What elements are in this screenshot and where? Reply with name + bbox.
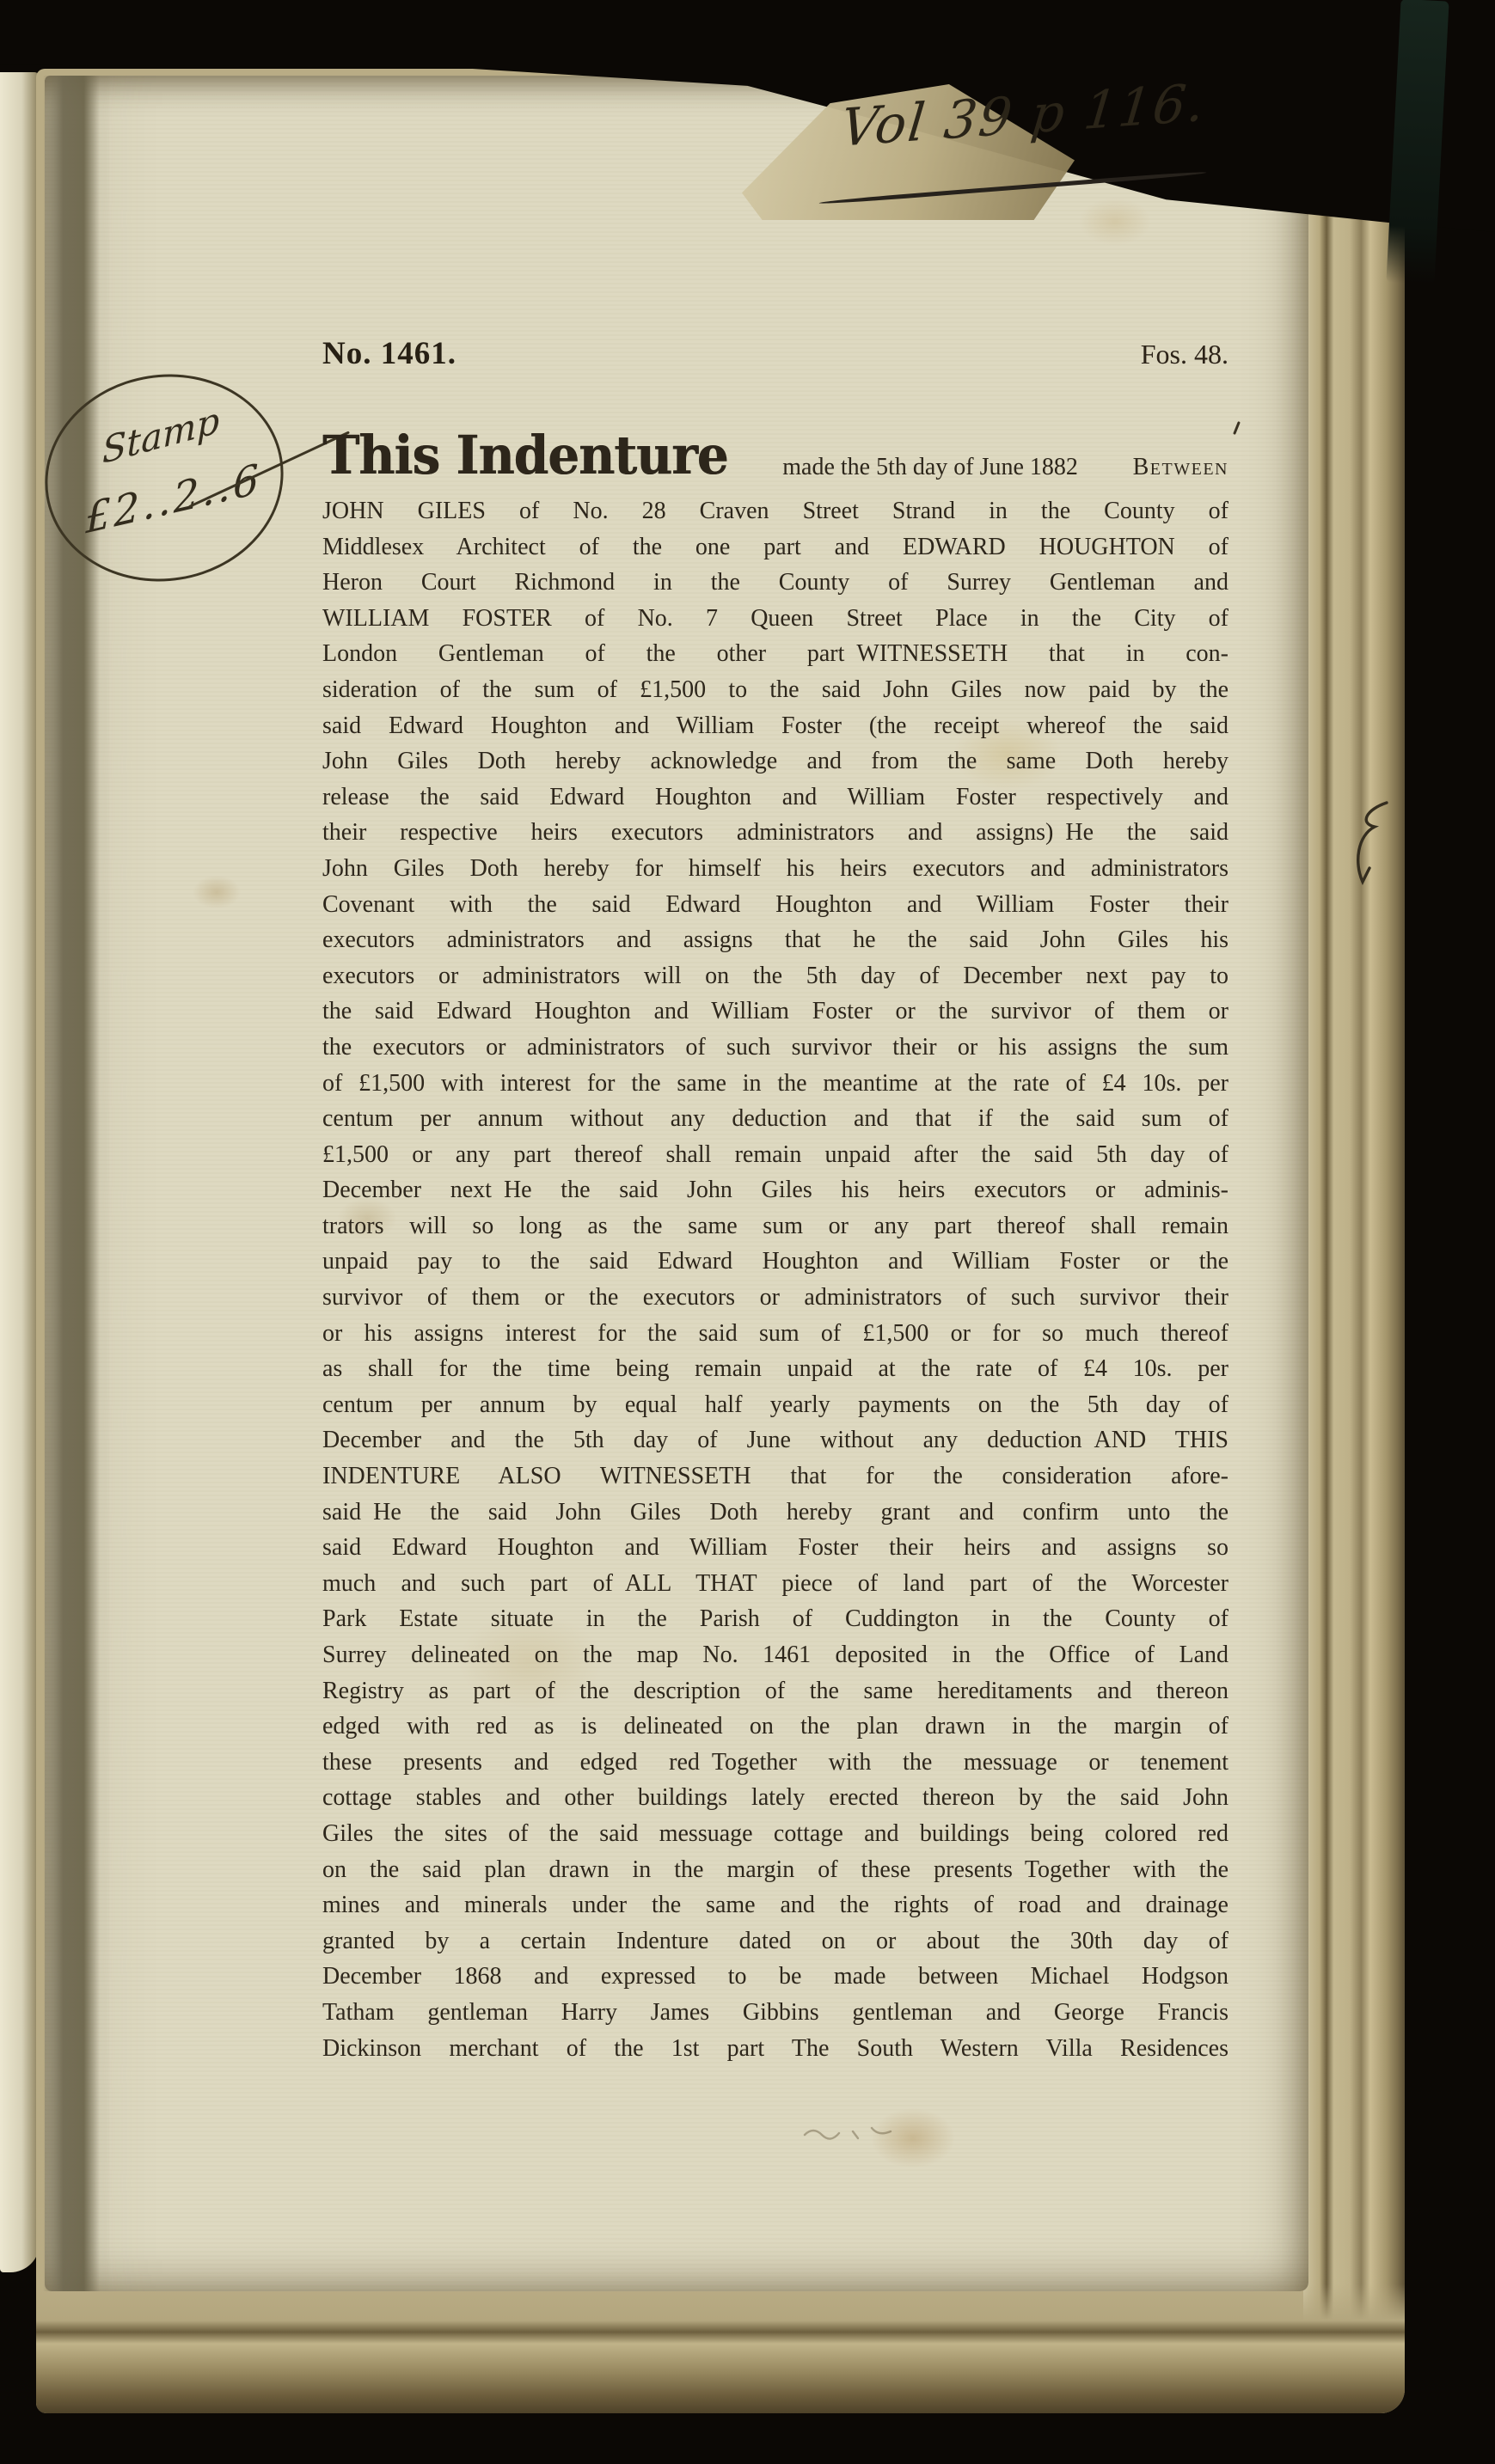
document-text-line: £1,500 or any part thereof shall remain … bbox=[322, 1137, 1228, 1173]
document-text-line: December next He the said John Giles his… bbox=[322, 1172, 1228, 1208]
document-text-line: or his assigns interest for the said sum… bbox=[322, 1316, 1228, 1352]
opening-continuation: made the 5th day of June 1882 bbox=[782, 454, 1078, 481]
document-text-line: Middlesex Architect of the one part and … bbox=[322, 529, 1228, 566]
document-text-line: said He the said John Giles Doth hereby … bbox=[322, 1495, 1228, 1531]
document-text-line: said Edward Houghton and William Foster … bbox=[322, 708, 1228, 744]
document-text-line: Registry as part of the description of t… bbox=[322, 1673, 1228, 1709]
document-text-lines: JOHN GILES of No. 28 Craven Street Stran… bbox=[322, 493, 1228, 2066]
page-edge-stack-bottom bbox=[36, 2284, 1405, 2413]
margin-pen-mark bbox=[1347, 796, 1400, 908]
document-text-line: trators will so long as the same sum or … bbox=[322, 1208, 1228, 1244]
document-text-line: executors administrators and assigns tha… bbox=[322, 922, 1228, 958]
document-number: No. 1461. bbox=[322, 335, 456, 372]
document-text-line: Giles the sites of the said messuage cot… bbox=[322, 1816, 1228, 1852]
document-text-line: said Edward Houghton and William Foster … bbox=[322, 1530, 1228, 1566]
document-text-line: unpaid pay to the said Edward Houghton a… bbox=[322, 1244, 1228, 1280]
document-text-line: as shall for the time being remain unpai… bbox=[322, 1351, 1228, 1387]
document-text-line: sideration of the sum of £1,500 to the s… bbox=[322, 672, 1228, 708]
document-text-line: WILLIAM FOSTER of No. 7 Queen Street Pla… bbox=[322, 601, 1228, 637]
scanned-book-photo: Vol 39 p 116. No. 1461. Fos. 48. Stamp £… bbox=[0, 0, 1495, 2464]
document-text-line: mines and minerals under the same and th… bbox=[322, 1887, 1228, 1923]
document-header: No. 1461. Fos. 48. bbox=[322, 335, 1228, 372]
document-text-line: Dickinson merchant of the 1st part The S… bbox=[322, 2031, 1228, 2067]
document-text-line: centum per annum without any deduction a… bbox=[322, 1101, 1228, 1137]
opening-words: This Indenture bbox=[322, 425, 728, 486]
document-text-line: London Gentleman of the other part WITNE… bbox=[322, 636, 1228, 672]
document-text-line: of £1,500 with interest for the same in … bbox=[322, 1066, 1228, 1102]
document-text-line: their respective heirs executors adminis… bbox=[322, 815, 1228, 851]
document-text-line: INDENTURE ALSO WITNESSETH that for the c… bbox=[322, 1458, 1228, 1495]
document-body: This Indenture made the 5th day of June … bbox=[322, 428, 1228, 2066]
document-text-line: on the said plan drawn in the margin of … bbox=[322, 1852, 1228, 1888]
document-text-line: John Giles Doth hereby acknowledge and f… bbox=[322, 743, 1228, 780]
document-text-line: cottage stables and other buildings late… bbox=[322, 1780, 1228, 1816]
document-text-line: Park Estate situate in the Parish of Cud… bbox=[322, 1601, 1228, 1637]
document-text-line: JOHN GILES of No. 28 Craven Street Stran… bbox=[322, 493, 1228, 529]
document-text-line: the executors or administrators of such … bbox=[322, 1030, 1228, 1066]
document-text-line: edged with red as is delineated on the p… bbox=[322, 1709, 1228, 1745]
document-text-line: December and the 5th day of June without… bbox=[322, 1422, 1228, 1458]
document-text-line: these presents and edged red Together wi… bbox=[322, 1745, 1228, 1781]
document-text-line: survivor of them or the executors or adm… bbox=[322, 1280, 1228, 1316]
stamp-annotation: Stamp £2..2..6 bbox=[30, 358, 298, 599]
document-text-line: release the said Edward Houghton and Wil… bbox=[322, 780, 1228, 816]
document-text-line: executors or administrators will on the … bbox=[322, 958, 1228, 994]
document-text-line: Covenant with the said Edward Houghton a… bbox=[322, 887, 1228, 923]
opening-between: Between bbox=[1133, 454, 1228, 481]
document-text-line: Surrey delineated on the map No. 1461 de… bbox=[322, 1637, 1228, 1673]
document-text-line: granted by a certain Indenture dated on … bbox=[322, 1923, 1228, 1960]
indenture-opening-line: This Indenture made the 5th day of June … bbox=[322, 428, 1228, 493]
document-text-line: Tatham gentleman Harry James Gibbins gen… bbox=[322, 1995, 1228, 2031]
document-text-line: Heron Court Richmond in the County of Su… bbox=[322, 565, 1228, 601]
folio-number: Fos. 48. bbox=[1141, 339, 1228, 370]
document-text-line: centum per annum by equal half yearly pa… bbox=[322, 1387, 1228, 1423]
page-edge-stack-right bbox=[1303, 69, 1405, 2413]
document-text-line: John Giles Doth hereby for himself his h… bbox=[322, 851, 1228, 887]
document-text-line: the said Edward Houghton and William Fos… bbox=[322, 994, 1228, 1030]
document-text-line: December 1868 and expressed to be made b… bbox=[322, 1959, 1228, 1995]
document-text-line: much and such part of ALL THAT piece of … bbox=[322, 1566, 1228, 1602]
faint-ink-smudge bbox=[800, 2116, 903, 2150]
